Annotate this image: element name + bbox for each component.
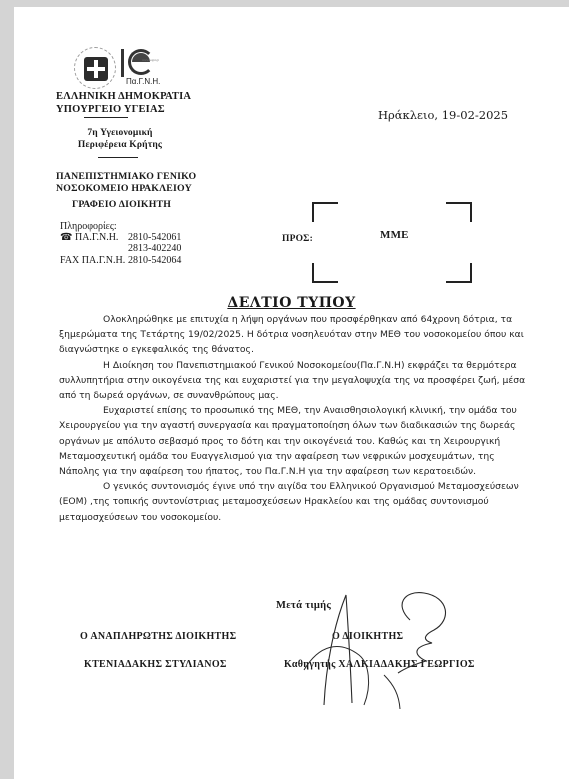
deputy-director-title: Ο ΑΝΑΠΛΗΡΩΤΗΣ ΔΙΟΙΚΗΤΗΣ: [80, 631, 236, 642]
paragraph-2: Η Διοίκηση του Πανεπιστημιακού Γενικού Ν…: [59, 358, 537, 404]
country-name: ΕΛΛΗΝΙΚΗ ΔΗΜΟΚΡΑΤΙΑ: [56, 91, 191, 102]
ministry-name: ΥΠΟΥΡΓΕΙΟ ΥΓΕΙΑΣ: [56, 104, 165, 115]
logo-row: www.pagni.gr Πα.Γ.Ν.Η.: [74, 47, 164, 92]
region-underline: [98, 157, 138, 158]
hospital-logo-icon: www.pagni.gr Πα.Γ.Ν.Η.: [120, 47, 164, 91]
document-body: Ολοκληρώθηκε με επιτυχία η λήψη οργάνων …: [59, 312, 537, 525]
fax-number: 2810-542064: [128, 255, 181, 266]
phone-label: ΠΑ.Γ.Ν.Η.: [75, 232, 118, 243]
region-line-2: Περιφέρεια Κρήτης: [56, 140, 184, 150]
office-name: ΓΡΑΦΕΙΟ ΔΙΟΙΚΗΤΗ: [72, 199, 171, 210]
phone-number-2: 2813-402240: [128, 243, 181, 254]
director-signature: [284, 585, 464, 710]
logo-label: Πα.Γ.Ν.Η.: [126, 77, 160, 86]
hospital-name-line-2: ΝΟΣΟΚΟΜΕΙΟ ΗΡΑΚΛΕΙΟΥ: [56, 183, 192, 194]
hospital-name-line-1: ΠΑΝΕΠΙΣΤΗΜΙΑΚΟ ΓΕΝΙΚΟ: [56, 171, 196, 182]
region-line-1: 7η Υγειονομική: [56, 128, 184, 138]
phone-number-1: 2810-542061: [128, 232, 181, 243]
recipient-bracket-top-left: [312, 202, 338, 222]
recipient-bracket-top-right: [446, 202, 472, 222]
paragraph-4: Ο γενικός συντονισμός έγινε υπό την αιγί…: [59, 479, 537, 525]
recipient-label: ΠΡΟΣ:: [282, 234, 313, 244]
document-title: ΔΕΛΤΙΟ ΤΥΠΟΥ: [14, 295, 569, 311]
phone-row: ☎ ΠΑ.Γ.Ν.Η.: [60, 232, 118, 243]
document-page: www.pagni.gr Πα.Γ.Ν.Η. ΕΛΛΗΝΙΚΗ ΔΗΜΟΚΡΑΤ…: [14, 7, 569, 779]
ministry-underline: [84, 117, 128, 118]
fax-label: FAX ΠΑ.Γ.Ν.Η.: [60, 255, 125, 266]
paragraph-3: Ευχαριστεί επίσης το προσωπικό της ΜΕΘ, …: [59, 403, 537, 479]
paragraph-1: Ολοκληρώθηκε με επιτυχία η λήψη οργάνων …: [59, 312, 537, 358]
logo-url: www.pagni.gr: [142, 58, 159, 62]
contact-label: Πληροφορίες:: [60, 221, 117, 232]
recipient-value: ΜΜΕ: [380, 229, 409, 241]
deputy-director-name: ΚΤΕΝΙΑΔΑΚΗΣ ΣΤΥΛΙΑΝΟΣ: [84, 659, 227, 670]
recipient-bracket-bottom-right: [446, 263, 472, 283]
recipient-bracket-bottom-left: [312, 263, 338, 283]
greek-coat-of-arms-icon: [74, 47, 116, 89]
phone-icon: ☎: [60, 232, 72, 243]
date-line: Ηράκλειο, 19-02-2025: [378, 108, 508, 122]
